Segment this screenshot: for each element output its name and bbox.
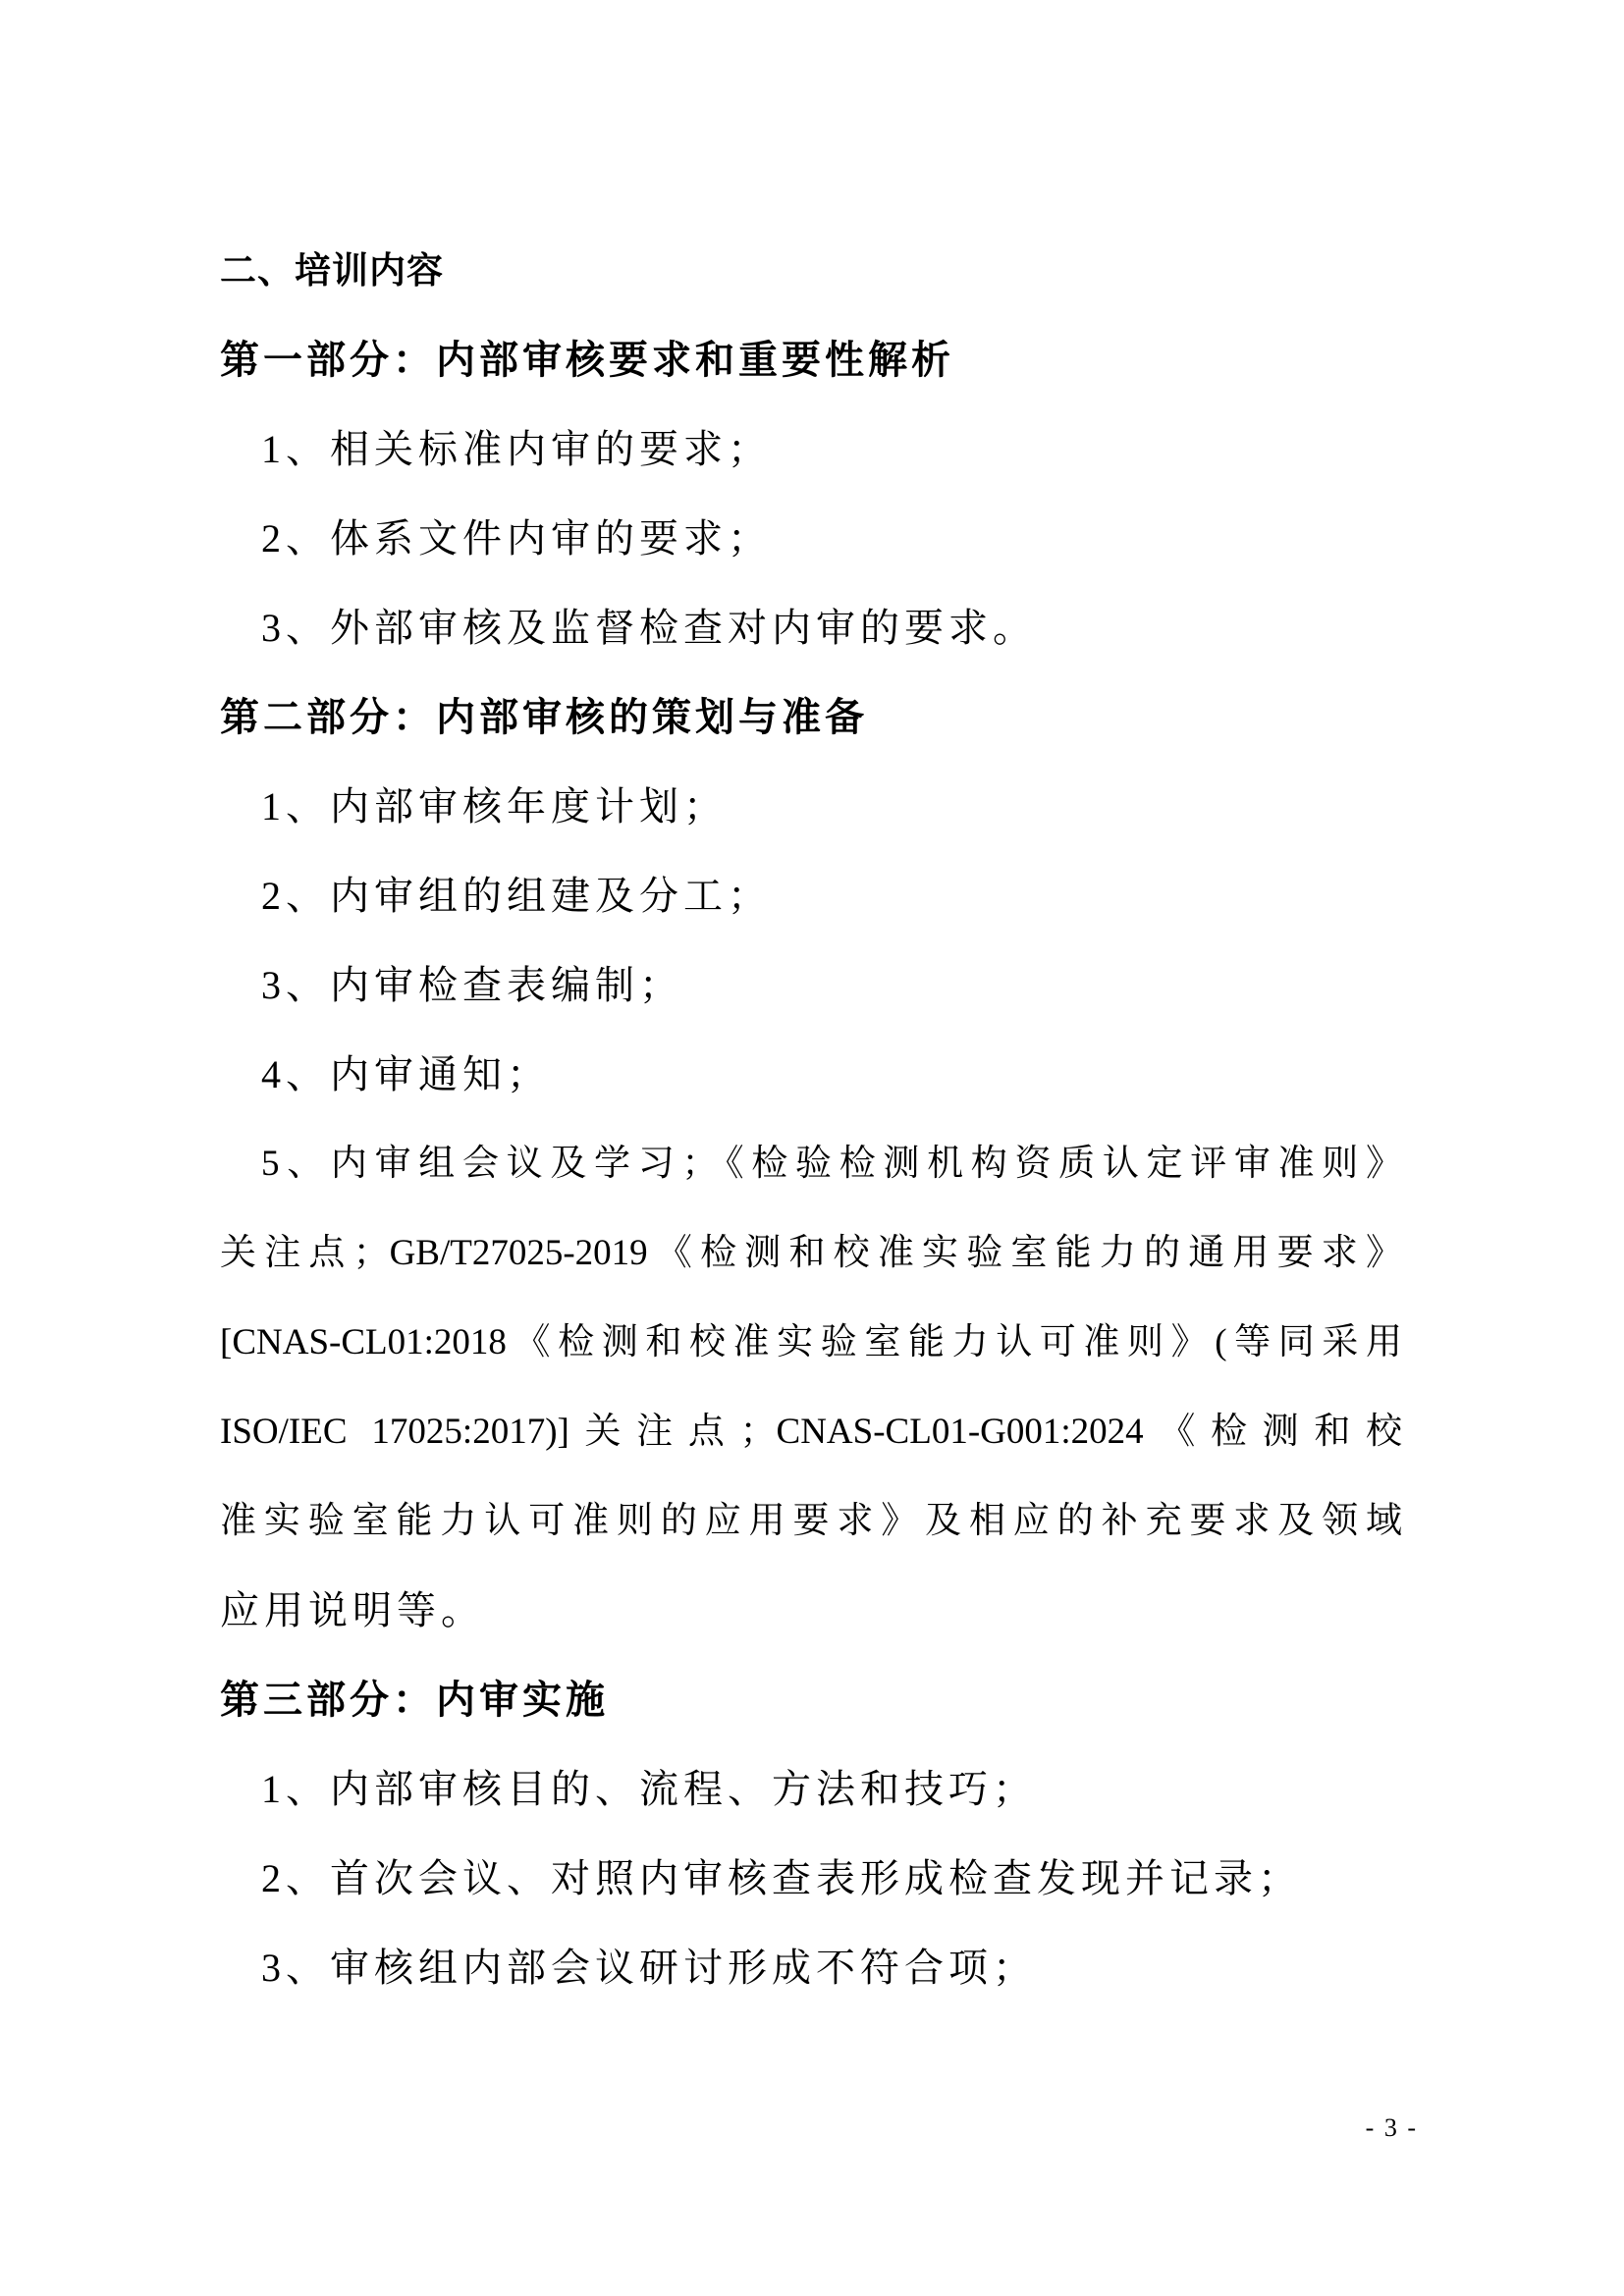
page-number: - 3 - xyxy=(1366,2109,1418,2148)
document-title: 二、培训内容 xyxy=(220,226,1402,315)
list-item: 1、内部审核年度计划； xyxy=(220,762,1402,851)
list-item: 1、相关标准内审的要求； xyxy=(220,404,1402,494)
list-item: 4、内审通知； xyxy=(220,1030,1402,1119)
paragraph-line: 应用说明等。 xyxy=(220,1566,1402,1655)
list-item: 2、体系文件内审的要求； xyxy=(220,494,1402,583)
paragraph-line: [CNAS-CL01:2018《检测和校准实验室能力认可准则》(等同采用 xyxy=(220,1298,1402,1387)
list-item: 5、内审组会议及学习；《检验检测机构资质认定评审准则》 xyxy=(220,1119,1402,1208)
section-heading: 第二部分：内部审核的策划与准备 xyxy=(220,672,1402,762)
paragraph-line: ISO/IEC 17025:2017)]关注点；CNAS-CL01-G001:2… xyxy=(220,1387,1402,1476)
document-page: { "page": { "background_color": "#ffffff… xyxy=(0,0,1624,2296)
paragraph-line: 准实验室能力认可准则的应用要求》及相应的补充要求及领域 xyxy=(220,1476,1402,1566)
list-item: 2、内审组的组建及分工； xyxy=(220,851,1402,940)
paragraph-line: 关注点；GB/T27025-2019《检测和校准实验室能力的通用要求》 xyxy=(220,1208,1402,1298)
document-body: 二、培训内容 第一部分：内部审核要求和重要性解析 1、相关标准内审的要求； 2、… xyxy=(220,226,1402,2012)
list-item: 3、审核组内部会议研讨形成不符合项； xyxy=(220,1923,1402,2012)
list-item: 3、外部审核及监督检查对内审的要求。 xyxy=(220,583,1402,672)
list-item: 2、首次会议、对照内审核查表形成检查发现并记录； xyxy=(220,1834,1402,1923)
list-item: 1、内部审核目的、流程、方法和技巧； xyxy=(220,1744,1402,1834)
section-heading: 第一部分：内部审核要求和重要性解析 xyxy=(220,315,1402,404)
section-heading: 第三部分：内审实施 xyxy=(220,1655,1402,1744)
list-item: 3、内审检查表编制； xyxy=(220,940,1402,1030)
